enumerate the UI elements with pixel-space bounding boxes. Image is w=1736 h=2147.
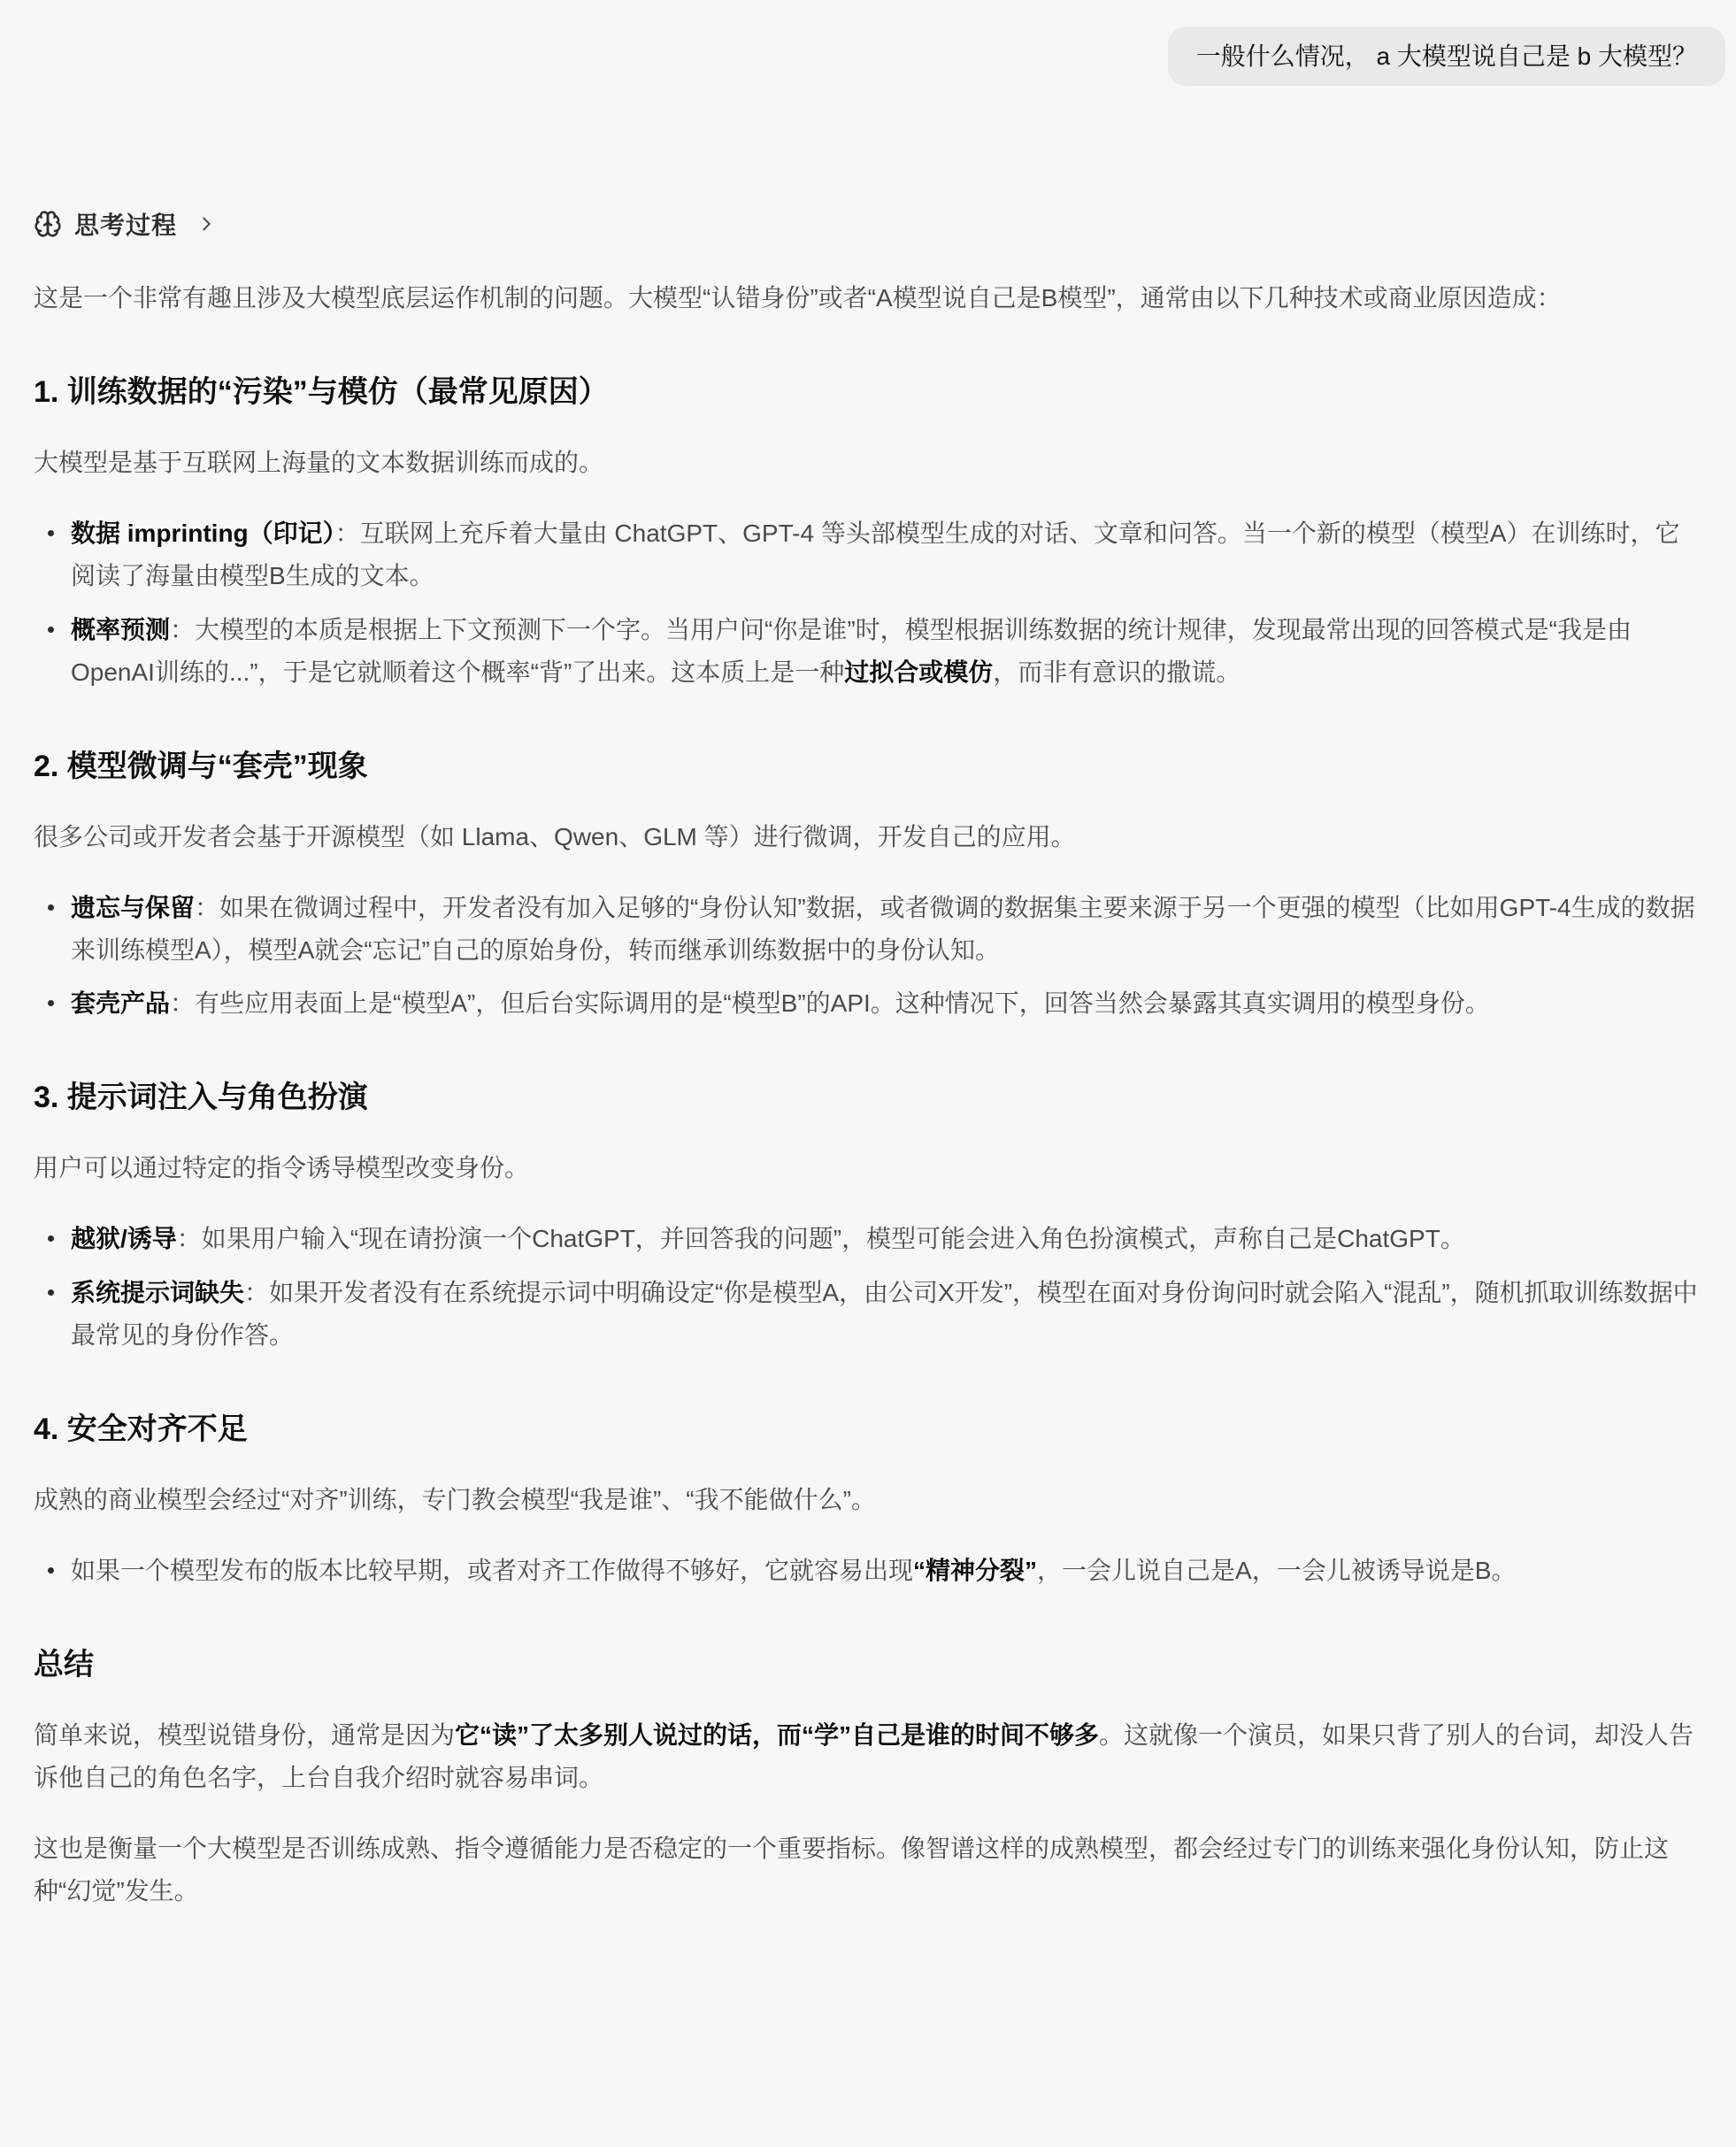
paragraph: 这是一个非常有趣且涉及大模型底层运作机制的问题。大模型“认错身份”或者“A模型说… (34, 277, 1702, 319)
text-run: 如果一个模型发布的版本比较早期，或者对齐工作做得不够好，它就容易出现 (71, 1557, 913, 1584)
bold-text: 它“读”了太多别人说过的话，而“学”自己是谁的时间不够多 (455, 1721, 1099, 1749)
section-heading: 总结 (34, 1645, 1702, 1686)
list-item: 套壳产品：有些应用表面上是“模型A”，但后台实际调用的是“模型B”的API。这种… (71, 982, 1702, 1025)
thinking-process-toggle[interactable]: 思考过程 (34, 206, 216, 242)
list-item: 数据 imprinting（印记）：互联网上充斥着大量由 ChatGPT、GPT… (71, 512, 1702, 597)
text-run: ：如果在微调过程中，开发者没有加入足够的“身份认知”数据，或者微调的数据集主要来… (71, 894, 1695, 964)
bold-text: 越狱/诱导 (71, 1225, 177, 1252)
text-run: ：如果开发者没有在系统提示词中明确设定“你是模型A，由公司X开发”，模型在面对身… (71, 1279, 1698, 1349)
user-message-text: 一般什么情况， a 大模型说自己是 b 大模型？ (1196, 42, 1697, 70)
list-item: 如果一个模型发布的版本比较早期，或者对齐工作做得不够好，它就容易出现“精神分裂”… (71, 1550, 1702, 1592)
paragraph: 成熟的商业模型会经过“对齐”训练，专门教会模型“我是谁”、“我不能做什么”。 (34, 1479, 1702, 1521)
text-run: 这也是衡量一个大模型是否训练成熟、指令遵循能力是否稳定的一个重要指标。像智谱这样… (34, 1835, 1669, 1905)
text-run: 简单来说，模型说错身份，通常是因为 (34, 1721, 455, 1749)
assistant-answer-content: 这是一个非常有趣且涉及大模型底层运作机制的问题。大模型“认错身份”或者“A模型说… (34, 277, 1702, 1913)
text-run: 成熟的商业模型会经过“对齐”训练，专门教会模型“我是谁”、“我不能做什么”。 (34, 1486, 876, 1513)
section-heading: 1. 训练数据的“污染”与模仿（最常见原因） (34, 373, 1702, 413)
list-item: 遗忘与保留：如果在微调过程中，开发者没有加入足够的“身份认知”数据，或者微调的数… (71, 887, 1702, 972)
bold-text: 概率预测 (71, 616, 170, 643)
user-message-bubble: 一般什么情况， a 大模型说自己是 b 大模型？ (1168, 27, 1725, 86)
list-item: 系统提示词缺失：如果开发者没有在系统提示词中明确设定“你是模型A，由公司X开发”… (71, 1272, 1702, 1357)
section-heading: 3. 提示词注入与角色扮演 (34, 1078, 1702, 1119)
text-run: ，而非有意识的撒谎。 (993, 658, 1241, 686)
text-run: 大模型是基于互联网上海量的文本数据训练而成的。 (34, 449, 603, 476)
bold-text: 系统提示词缺失 (71, 1279, 244, 1306)
paragraph: 简单来说，模型说错身份，通常是因为它“读”了太多别人说过的话，而“学”自己是谁的… (34, 1714, 1702, 1799)
thinking-process-label: 思考过程 (74, 206, 177, 242)
paragraph: 用户可以通过特定的指令诱导模型改变身份。 (34, 1147, 1702, 1189)
bold-text: 过拟合或模仿 (844, 658, 993, 686)
brain-icon (34, 210, 62, 238)
list-item: 概率预测：大模型的本质是根据上下文预测下一个字。当用户问“你是谁”时，模型根据训… (71, 609, 1702, 694)
section-heading: 2. 模型微调与“套壳”现象 (34, 747, 1702, 788)
text-run: ，一会儿说自己是A，一会儿被诱导说是B。 (1037, 1557, 1516, 1584)
text-run: ：有些应用表面上是“模型A”，但后台实际调用的是“模型B”的API。这种情况下，… (170, 989, 1490, 1017)
paragraph: 大模型是基于互联网上海量的文本数据训练而成的。 (34, 442, 1702, 484)
section-heading: 4. 安全对齐不足 (34, 1410, 1702, 1451)
bold-text: 数据 imprinting（印记） (71, 519, 335, 547)
bullet-list: 越狱/诱导：如果用户输入“现在请扮演一个ChatGPT，并回答我的问题”，模型可… (34, 1218, 1702, 1356)
text-run: 用户可以通过特定的指令诱导模型改变身份。 (34, 1154, 529, 1181)
chat-conversation: 一般什么情况， a 大模型说自己是 b 大模型？ 思考过程 这是一个非常有趣且涉… (0, 0, 1736, 2147)
bullet-list: 遗忘与保留：如果在微调过程中，开发者没有加入足够的“身份认知”数据，或者微调的数… (34, 887, 1702, 1025)
bold-text: 遗忘与保留 (71, 894, 195, 921)
text-run: 很多公司或开发者会基于开源模型（如 Llama、Qwen、GLM 等）进行微调，… (34, 823, 1076, 850)
bold-text: 套壳产品 (71, 989, 170, 1017)
bullet-list: 如果一个模型发布的版本比较早期，或者对齐工作做得不够好，它就容易出现“精神分裂”… (34, 1550, 1702, 1592)
text-run: ：如果用户输入“现在请扮演一个ChatGPT，并回答我的问题”，模型可能会进入角… (177, 1225, 1465, 1252)
bullet-list: 数据 imprinting（印记）：互联网上充斥着大量由 ChatGPT、GPT… (34, 512, 1702, 694)
chevron-right-icon (196, 214, 216, 234)
paragraph: 很多公司或开发者会基于开源模型（如 Llama、Qwen、GLM 等）进行微调，… (34, 816, 1702, 858)
user-message-row: 一般什么情况， a 大模型说自己是 b 大模型？ (34, 0, 1725, 86)
paragraph: 这也是衡量一个大模型是否训练成熟、指令遵循能力是否稳定的一个重要指标。像智谱这样… (34, 1828, 1702, 1912)
list-item: 越狱/诱导：如果用户输入“现在请扮演一个ChatGPT，并回答我的问题”，模型可… (71, 1218, 1702, 1260)
text-run: 这是一个非常有趣且涉及大模型底层运作机制的问题。大模型“认错身份”或者“A模型说… (34, 284, 1562, 312)
bold-text: “精神分裂” (913, 1557, 1037, 1584)
